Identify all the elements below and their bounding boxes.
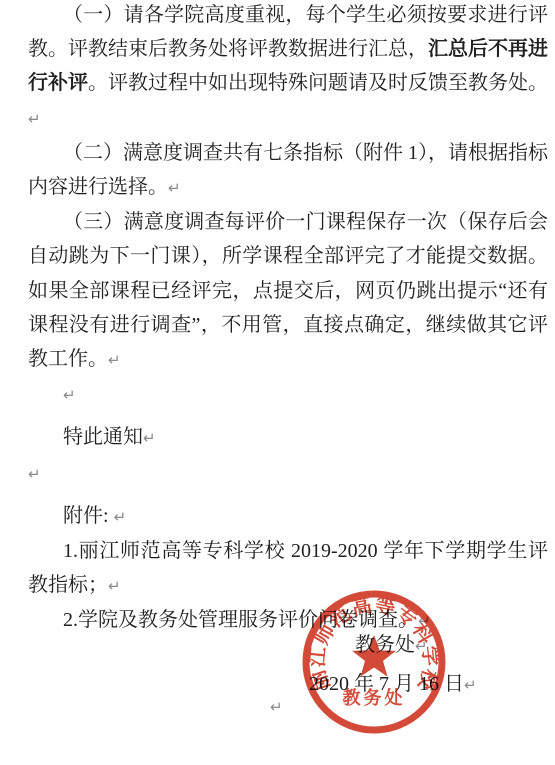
notice-item-1-text-end: 。评教过程中如出现特殊问题请及时反馈至教务处。: [88, 72, 548, 94]
attachment-item-1-text: 1.丽江师范高等专科学校 2019-2020 学年下学期学生评教指标；: [28, 540, 548, 596]
notice-item-3-text: （三）满意度调查每评价一门课程保存一次（保存后会自动跳为下一门课），所学课程全部…: [28, 211, 548, 370]
seal-star-icon: [352, 635, 396, 677]
closing-line: 特此通知↵: [28, 420, 548, 455]
paragraph-mark: ↵: [464, 676, 477, 694]
paragraph-mark: ↵: [63, 386, 76, 404]
paragraph-mark: ↵: [108, 351, 121, 369]
attachments-label: 附件:: [63, 505, 114, 527]
empty-paragraph: ↵: [28, 456, 548, 491]
attachment-item-1: 1.丽江师范高等专科学校 2019-2020 学年下学期学生评教指标；↵: [28, 534, 548, 603]
attachments-label-line: 附件: ↵: [28, 499, 548, 534]
notice-body: （一）请各学院高度重视，每个学生必须按要求进行评教。评教结束后教务处将评教数据进…: [28, 0, 548, 639]
attachment-item-2: 2.学院及教务处管理服务评价问卷调查。↵: [28, 603, 548, 638]
closing-text: 特此通知: [63, 426, 143, 448]
empty-paragraph: ↵: [28, 377, 548, 412]
paragraph-mark: ↵: [143, 429, 156, 447]
notice-item-2: （二）满意度调查共有七条指标（附件 1），请根据指标内容进行选择。↵: [28, 136, 548, 205]
notice-item-2-text: （二）满意度调查共有七条指标（附件 1），请根据指标内容进行选择。: [28, 142, 548, 198]
paragraph-mark: ↵: [28, 465, 41, 483]
paragraph-mark: ↵: [168, 179, 181, 197]
paragraph-mark: ↵: [28, 110, 41, 128]
notice-item-3: （三）满意度调查每评价一门课程保存一次（保存后会自动跳为下一门课），所学课程全部…: [28, 205, 548, 377]
notice-item-1: （一）请各学院高度重视，每个学生必须按要求进行评教。评教结束后教务处将评教数据进…: [28, 0, 548, 136]
paragraph-mark: ↵: [270, 698, 283, 716]
notice-document-page: （一）请各学院高度重视，每个学生必须按要求进行评教。评教结束后教务处将评教数据进…: [0, 0, 555, 765]
seal-department-text: 教务处: [342, 687, 406, 708]
paragraph-mark: ↵: [114, 508, 127, 526]
paragraph-mark: ↵: [108, 577, 121, 595]
official-seal: 丽江师范高等专科学校 教务处: [299, 587, 449, 737]
